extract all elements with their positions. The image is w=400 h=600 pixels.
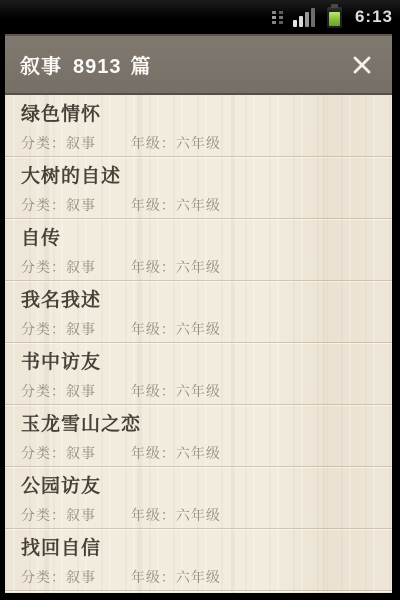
essay-meta: 分类：叙事 年级：六年级 [21,567,382,587]
essay-meta: 分类：叙事 年级：六年级 [21,133,382,153]
status-bar-clock: 6:13 [355,0,393,34]
meta-category: 分类：叙事 [21,383,96,399]
essay-title: 找回自信 [21,538,382,560]
essay-meta: 分类：叙事 年级：六年级 [21,319,382,339]
meta-grade: 年级：六年级 [131,135,221,151]
meta-category: 分类：叙事 [21,445,96,461]
meta-category: 分类：叙事 [21,197,96,213]
essay-title: 书中访友 [21,352,382,374]
meta-grade: 年级：六年级 [131,259,221,275]
meta-category: 分类：叙事 [21,569,96,585]
list-item[interactable]: 大树的自述 分类：叙事 年级：六年级 [5,157,392,219]
list-item[interactable]: 找回自信 分类：叙事 年级：六年级 [5,529,392,591]
close-button[interactable] [345,48,379,82]
essay-title: 大树的自述 [21,166,382,188]
meta-category: 分类：叙事 [21,507,96,523]
list-item[interactable]: 自传 分类：叙事 年级：六年级 [5,219,392,281]
list-item[interactable]: 玉龙雪山之恋 分类：叙事 年级：六年级 [5,405,392,467]
page-title: 叙事8913篇 [20,50,152,79]
essay-list: 绿色情怀 分类：叙事 年级：六年级 大树的自述 分类：叙事 年级：六年级 自传 … [5,95,392,593]
essay-title: 我名我述 [21,290,382,312]
essay-title: 绿色情怀 [21,104,382,126]
essay-title: 公园访友 [21,476,382,498]
meta-grade: 年级：六年级 [131,383,221,399]
meta-grade: 年级：六年级 [131,569,221,585]
close-icon [351,54,373,76]
meta-category: 分类：叙事 [21,321,96,337]
dialog-header: 叙事8913篇 [5,34,392,95]
title-count: 8913 [73,56,122,78]
essay-meta: 分类：叙事 年级：六年级 [21,257,382,277]
meta-grade: 年级：六年级 [131,197,221,213]
meta-category: 分类：叙事 [21,135,96,151]
meta-grade: 年级：六年级 [131,321,221,337]
title-count-unit: 篇 [131,56,152,78]
list-item[interactable]: 绿色情怀 分类：叙事 年级：六年级 [5,95,392,157]
meta-grade: 年级：六年级 [131,445,221,461]
meta-grade: 年级：六年级 [131,507,221,523]
essay-meta: 分类：叙事 年级：六年级 [21,443,382,463]
title-category: 叙事 [20,56,62,78]
list-item[interactable]: 书中访友 分类：叙事 年级：六年级 [5,343,392,405]
essay-title: 玉龙雪山之恋 [21,414,382,436]
app-screen: 叙事8913篇 绿色情怀 分类：叙事 年级：六年级 大树的自述 分类：叙事 年级… [5,34,392,593]
list-item[interactable]: 公园访友 分类：叙事 年级：六年级 [5,467,392,529]
meta-category: 分类：叙事 [21,259,96,275]
essay-meta: 分类：叙事 年级：六年级 [21,195,382,215]
essay-title: 自传 [21,228,382,250]
battery-icon [327,7,342,28]
essay-meta: 分类：叙事 年级：六年级 [21,381,382,401]
data-network-icon [271,9,284,26]
list-item[interactable]: 我名我述 分类：叙事 年级：六年级 [5,281,392,343]
signal-strength-icon [293,7,315,27]
status-bar: 6:13 [0,0,400,34]
essay-meta: 分类：叙事 年级：六年级 [21,505,382,525]
